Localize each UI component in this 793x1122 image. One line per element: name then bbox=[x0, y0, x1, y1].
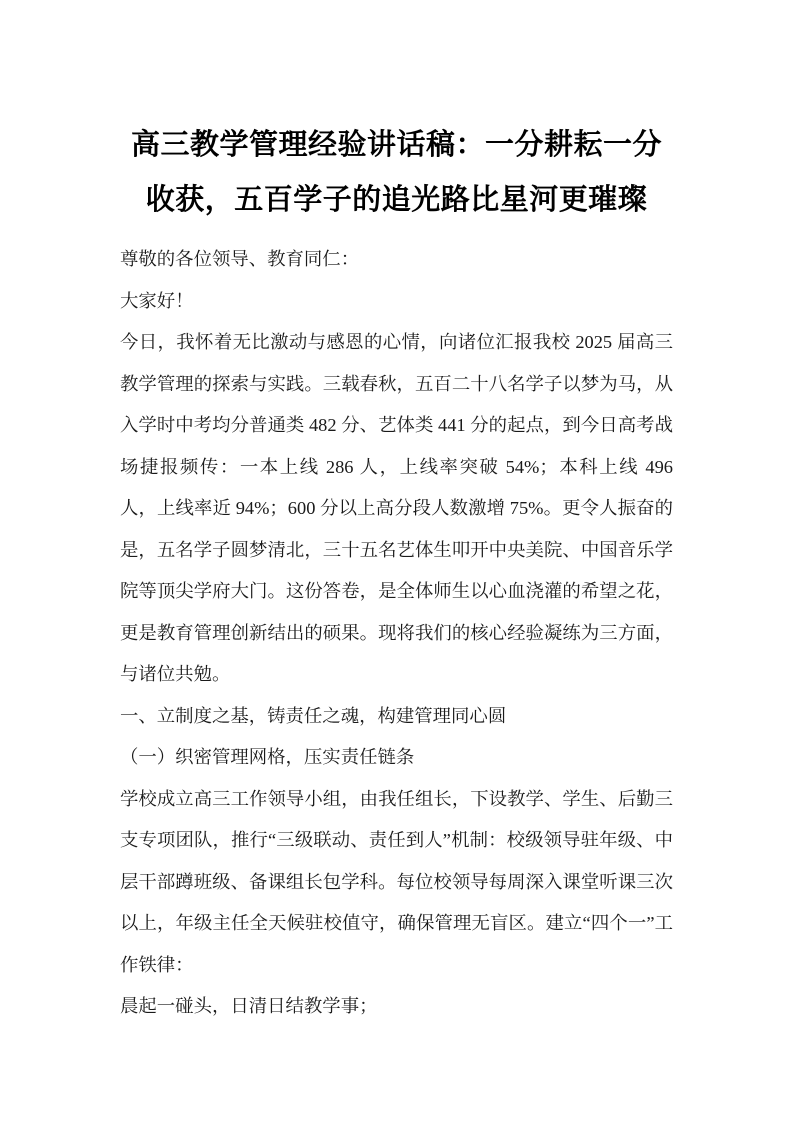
document-title: 高三教学管理经验讲话稿：一分耕耘一分收获，五百学子的追光路比星河更璀璨 bbox=[120, 118, 673, 228]
greeting-line: 大家好！ bbox=[120, 281, 673, 323]
section-one-heading: 一、立制度之基，铸责任之魂，构建管理同心圆 bbox=[120, 696, 673, 738]
salutation-line: 尊敬的各位领导、教育同仁： bbox=[120, 239, 673, 281]
document-page: 高三教学管理经验讲话稿：一分耕耘一分收获，五百学子的追光路比星河更璀璨 尊敬的各… bbox=[0, 0, 793, 1122]
management-mechanism-paragraph: 学校成立高三工作领导小组，由我任组长，下设教学、学生、后勤三支专项团队，推行“三… bbox=[120, 779, 673, 987]
document-body: 尊敬的各位领导、教育同仁： 大家好！ 今日，我怀着无比激动与感恩的心情，向诸位汇… bbox=[120, 239, 673, 1028]
intro-results-paragraph: 今日，我怀着无比激动与感恩的心情，向诸位汇报我校 2025 届高三教学管理的探索… bbox=[120, 322, 673, 696]
work-rule-line: 晨起一碰头，日清日结教学事； bbox=[120, 986, 673, 1028]
subsection-one-heading: （一）织密管理网格，压实责任链条 bbox=[120, 737, 673, 779]
